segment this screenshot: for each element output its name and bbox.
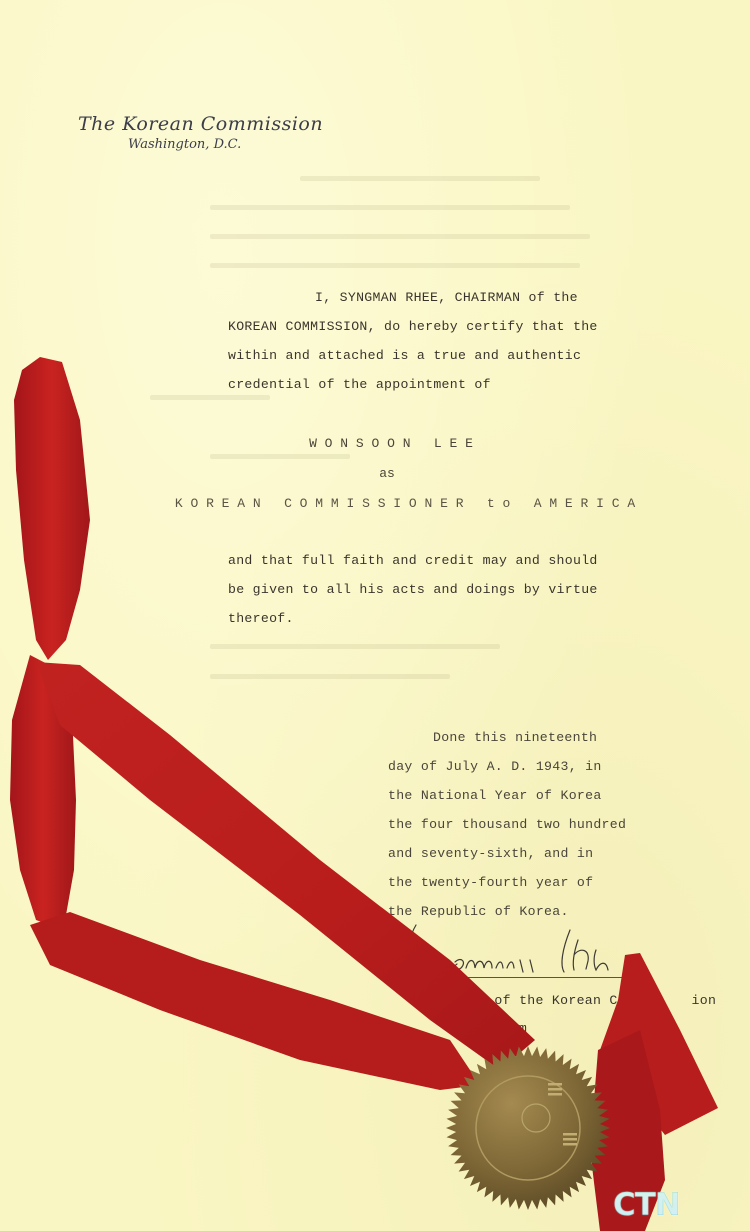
- gold-seal: [0, 0, 750, 1231]
- ctn-watermark-logo: CTN: [613, 1187, 680, 1223]
